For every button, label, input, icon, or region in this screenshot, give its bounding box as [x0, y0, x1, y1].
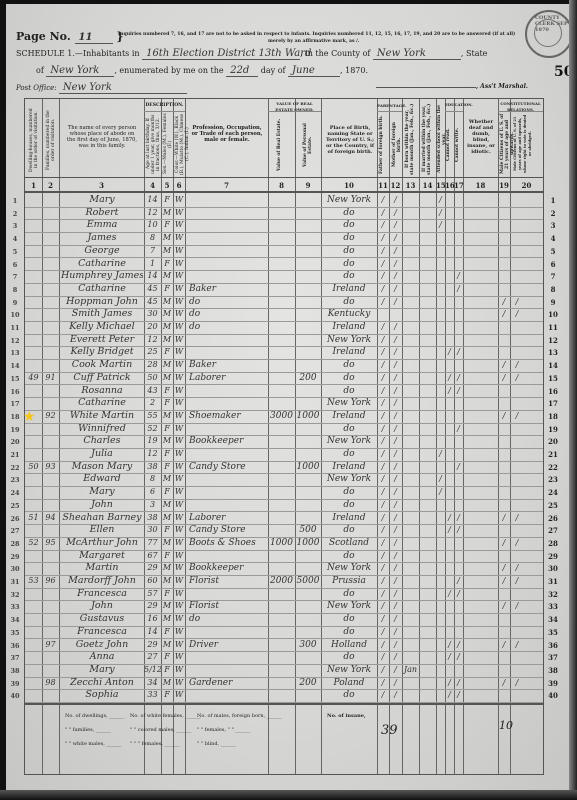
occupation: Boots & Shoes	[189, 537, 267, 550]
real-estate-value	[268, 664, 295, 677]
family-number	[42, 588, 59, 601]
personal-estate-value	[295, 486, 321, 499]
age: 29	[144, 639, 161, 652]
mother-foreign: /	[389, 219, 402, 232]
vote-denied	[510, 207, 524, 220]
occupation: Laborer	[189, 512, 267, 525]
cannot-write: /	[454, 461, 463, 474]
real-estate-value	[268, 588, 295, 601]
family-number	[42, 232, 59, 245]
cannot-read	[445, 461, 454, 474]
cannot-write: /	[454, 385, 463, 398]
birthplace: do	[323, 524, 375, 537]
mother-foreign: /	[389, 207, 402, 220]
attended-school: /	[436, 473, 445, 486]
table-row: 88Catharine45FWBakerIreland///	[25, 283, 543, 296]
father-foreign: /	[377, 232, 389, 245]
tally-col19: 10	[499, 719, 513, 732]
mother-foreign: /	[389, 245, 402, 258]
cannot-write	[454, 308, 463, 321]
of-label: of	[36, 66, 44, 75]
person-name: Hoppman John	[61, 296, 143, 309]
family-number	[42, 385, 59, 398]
vote-denied: /	[510, 575, 524, 588]
cannot-write	[454, 562, 463, 575]
real-estate-value	[268, 334, 295, 347]
occupation: Candy Store	[189, 524, 267, 537]
mother-foreign	[389, 308, 402, 321]
family-number	[42, 524, 59, 537]
attended-school	[436, 613, 445, 626]
occupation	[189, 270, 267, 283]
mother-foreign: /	[389, 258, 402, 271]
table-row: 2929Margaret67FWdo//	[25, 550, 543, 563]
father-foreign: /	[377, 219, 389, 232]
vote-denied: /	[510, 512, 524, 525]
attended-school	[436, 588, 445, 601]
born-within-year	[402, 512, 419, 525]
born-within-year	[402, 562, 419, 575]
family-number	[42, 308, 59, 321]
county-clerk-stamp: COUNTY CLERK SEP 1870	[525, 10, 573, 58]
male-citizen	[498, 194, 510, 207]
occupation	[189, 258, 267, 271]
col-num-14: 14	[419, 181, 436, 190]
vote-denied	[510, 194, 524, 207]
male-citizen	[498, 689, 510, 702]
cannot-read	[445, 283, 454, 296]
cannot-write	[454, 397, 463, 410]
person-name: Ellen	[61, 524, 143, 537]
attended-school	[436, 600, 445, 613]
male-citizen: /	[498, 359, 510, 372]
sex: F	[161, 194, 173, 207]
age: 1	[144, 258, 161, 271]
vote-denied	[510, 689, 524, 702]
age: 30	[144, 308, 161, 321]
birthplace: Ireland	[323, 283, 375, 296]
table-row: 363697Goetz John29MWDriver300Holland////…	[25, 639, 543, 652]
occupation	[189, 689, 267, 702]
dwelling-number	[25, 473, 42, 486]
occupation: Baker	[189, 283, 267, 296]
color: W	[173, 448, 185, 461]
page-no-value: 11	[75, 32, 113, 44]
birthplace: Ireland	[323, 461, 375, 474]
born-within-year	[402, 258, 419, 271]
personal-estate-value	[295, 423, 321, 436]
table-row: 11Mary14FWNew York///	[25, 194, 543, 207]
born-within-year	[402, 423, 419, 436]
person-name: Mary	[61, 486, 143, 499]
personal-estate-value: 1000	[295, 537, 321, 550]
age: 67	[144, 550, 161, 563]
personal-estate-value	[295, 448, 321, 461]
father-foreign: /	[377, 448, 389, 461]
male-citizen	[498, 346, 510, 359]
sex: M	[161, 499, 173, 512]
male-citizen	[498, 499, 510, 512]
real-estate-value	[268, 486, 295, 499]
col-num-8: 8	[268, 181, 295, 190]
person-name: Charles	[61, 435, 143, 448]
cannot-write: /	[454, 639, 463, 652]
birthplace: New York	[323, 562, 375, 575]
real-estate-value	[268, 626, 295, 639]
occupation	[189, 626, 267, 639]
sex: F	[161, 588, 173, 601]
family-number	[42, 270, 59, 283]
vote-denied: /	[510, 677, 524, 690]
male-citizen: /	[498, 639, 510, 652]
occupation: Bookkeeper	[189, 562, 267, 575]
dwelling-number	[25, 219, 42, 232]
birthplace: New York	[323, 435, 375, 448]
dwelling-number	[25, 664, 42, 677]
mother-foreign: /	[389, 232, 402, 245]
occupation	[189, 397, 267, 410]
real-estate-value	[268, 219, 295, 232]
family-number	[42, 600, 59, 613]
family-number	[42, 283, 59, 296]
cannot-write	[454, 359, 463, 372]
mother-foreign: /	[389, 524, 402, 537]
color: W	[173, 664, 185, 677]
male-citizen	[498, 270, 510, 283]
mother-foreign: /	[389, 423, 402, 436]
color: W	[173, 232, 185, 245]
personal-estate-value: 5000	[295, 575, 321, 588]
occupation	[189, 499, 267, 512]
color: W	[173, 245, 185, 258]
district-value: 16th Election District 13th Ward	[142, 48, 300, 60]
mother-foreign: /	[389, 499, 402, 512]
mother-foreign: /	[389, 321, 402, 334]
age: 38	[144, 512, 161, 525]
col2-header: Families, numbered in the order of visit…	[46, 107, 56, 173]
person-name: Mardorff John	[61, 575, 143, 588]
cannot-read	[445, 308, 454, 321]
state-label: , State	[461, 49, 488, 58]
occupation: Shoemaker	[189, 410, 267, 423]
attended-school	[436, 321, 445, 334]
attended-school	[436, 677, 445, 690]
sex: M	[161, 359, 173, 372]
person-name: Francesca	[61, 626, 143, 639]
occupation	[189, 232, 267, 245]
person-name: Winnifred	[61, 423, 143, 436]
cannot-write	[454, 194, 463, 207]
personal-estate-value	[295, 308, 321, 321]
person-name: Catharine	[61, 397, 143, 410]
attended-school	[436, 664, 445, 677]
cannot-write: /	[454, 346, 463, 359]
personal-estate-value	[295, 334, 321, 347]
color: W	[173, 207, 185, 220]
sex: M	[161, 296, 173, 309]
person-name: Mason Mary	[61, 461, 143, 474]
cannot-write	[454, 410, 463, 423]
color: W	[173, 397, 185, 410]
occupation	[189, 245, 267, 258]
mother-foreign: /	[389, 334, 402, 347]
family-number	[42, 626, 59, 639]
male-citizen	[498, 486, 510, 499]
personal-estate-value: 300	[295, 639, 321, 652]
born-within-year	[402, 600, 419, 613]
occupation	[189, 423, 267, 436]
cannot-write	[454, 296, 463, 309]
dwelling-number: 53	[25, 575, 42, 588]
personal-estate-value	[295, 550, 321, 563]
family-number	[42, 613, 59, 626]
dwelling-number	[25, 270, 42, 283]
father-foreign: /	[377, 423, 389, 436]
father-foreign: /	[377, 461, 389, 474]
birthplace: Ireland	[323, 346, 375, 359]
birthplace: do	[323, 588, 375, 601]
real-estate-value	[268, 435, 295, 448]
real-estate-value	[268, 499, 295, 512]
born-within-year	[402, 550, 419, 563]
vote-denied	[510, 473, 524, 486]
family-number	[42, 651, 59, 664]
cannot-read	[445, 473, 454, 486]
cannot-write	[454, 435, 463, 448]
color: W	[173, 588, 185, 601]
attended-school	[436, 359, 445, 372]
color: W	[173, 410, 185, 423]
table-row: 3737Anna27FWdo////	[25, 651, 543, 664]
father-foreign: /	[377, 435, 389, 448]
mother-foreign: /	[389, 410, 402, 423]
real-estate-value	[268, 461, 295, 474]
cannot-read	[445, 600, 454, 613]
attended-school	[436, 372, 445, 385]
birthplace: do	[323, 499, 375, 512]
col-num-1: 1	[25, 181, 42, 190]
born-within-year	[402, 245, 419, 258]
male-citizen: /	[498, 575, 510, 588]
father-foreign: /	[377, 550, 389, 563]
cannot-write	[454, 219, 463, 232]
birthplace: Scotland	[323, 537, 375, 550]
birthplace: Prussia	[323, 575, 375, 588]
personal-estate-value: 200	[295, 372, 321, 385]
education-header: EDUCATION.	[445, 102, 463, 108]
attended-school	[436, 537, 445, 550]
sex: F	[161, 385, 173, 398]
footer-insane: No. of insane,	[327, 713, 366, 719]
personal-estate-value	[295, 651, 321, 664]
cannot-read	[445, 245, 454, 258]
age: 52	[144, 423, 161, 436]
born-within-year	[402, 194, 419, 207]
father-foreign: /	[377, 194, 389, 207]
mother-foreign: /	[389, 562, 402, 575]
person-name: John	[61, 600, 143, 613]
real-estate-value	[268, 270, 295, 283]
cannot-read	[445, 486, 454, 499]
male-citizen: /	[498, 537, 510, 550]
person-name: Mary	[61, 194, 143, 207]
age: 16	[144, 613, 161, 626]
male-citizen: /	[498, 308, 510, 321]
real-estate-value	[268, 448, 295, 461]
vote-denied: /	[510, 296, 524, 309]
dwelling-number	[25, 334, 42, 347]
birthplace: do	[323, 207, 375, 220]
dwelling-number: 50	[25, 461, 42, 474]
table-row: 2525John3MWdo//	[25, 499, 543, 512]
born-within-year	[402, 410, 419, 423]
sex: F	[161, 219, 173, 232]
age: 8	[144, 473, 161, 486]
age: 30	[144, 524, 161, 537]
person-name: Cook Martin	[61, 359, 143, 372]
dwelling-number	[25, 194, 42, 207]
father-foreign: /	[377, 537, 389, 550]
occupation	[189, 385, 267, 398]
father-foreign: /	[377, 245, 389, 258]
real-estate-value	[268, 677, 295, 690]
cannot-write: /	[454, 283, 463, 296]
attended-school	[436, 550, 445, 563]
person-name: Cuff Patrick	[61, 372, 143, 385]
birthplace: do	[323, 689, 375, 702]
family-number	[42, 473, 59, 486]
family-number: 93	[42, 461, 59, 474]
person-name: Gustavus	[61, 613, 143, 626]
person-name: Julia	[61, 448, 143, 461]
personal-estate-value	[295, 245, 321, 258]
sex: F	[161, 258, 173, 271]
cannot-write	[454, 550, 463, 563]
cannot-read	[445, 448, 454, 461]
col11-header: Father of foreign birth.	[379, 115, 388, 175]
color: W	[173, 194, 185, 207]
person-name: Robert	[61, 207, 143, 220]
occupation: Bookkeeper	[189, 435, 267, 448]
table-row: 15154991Cuff Patrick50MWLaborer200do////…	[25, 372, 543, 385]
dwelling-number	[25, 499, 42, 512]
month-value: June	[288, 65, 340, 77]
person-name: Edward	[61, 473, 143, 486]
family-number: 92	[42, 410, 59, 423]
birthplace: do	[323, 296, 375, 309]
real-estate-value	[268, 600, 295, 613]
color: W	[173, 346, 185, 359]
sex: M	[161, 575, 173, 588]
age: 8	[144, 232, 161, 245]
mother-foreign: /	[389, 448, 402, 461]
vote-denied	[510, 245, 524, 258]
born-within-year	[402, 397, 419, 410]
cannot-read	[445, 258, 454, 271]
cannot-read: /	[445, 689, 454, 702]
family-number	[42, 245, 59, 258]
dwelling-number	[25, 207, 42, 220]
born-within-year	[402, 321, 419, 334]
cannot-write: /	[454, 588, 463, 601]
cannot-read	[445, 499, 454, 512]
sex: M	[161, 308, 173, 321]
footer-colored-males: " " colored males, ______	[130, 727, 191, 733]
col19-header: Male Citizens of U. S. of 21 years of ag…	[500, 113, 509, 175]
color: W	[173, 486, 185, 499]
col9-header: Value of Personal Estate.	[303, 115, 312, 175]
footer-white-males: " " white males, ______	[65, 741, 121, 747]
age: 57	[144, 588, 161, 601]
real-estate-value	[268, 258, 295, 271]
cannot-write: /	[454, 372, 463, 385]
col-num-6: 6	[173, 181, 185, 190]
father-foreign: /	[377, 613, 389, 626]
sex: M	[161, 600, 173, 613]
col17-header: Cannot write.	[455, 115, 463, 175]
male-citizen	[498, 258, 510, 271]
enumerated-label: , enumerated by me on the	[114, 66, 223, 75]
cannot-write	[454, 334, 463, 347]
cannot-write	[454, 321, 463, 334]
page-no-label: Page No.	[16, 30, 71, 43]
dwelling-number	[25, 346, 42, 359]
born-within-year	[402, 639, 419, 652]
color: W	[173, 321, 185, 334]
person-name: Anna	[61, 651, 143, 664]
age: 12	[144, 448, 161, 461]
dwelling-number	[25, 232, 42, 245]
birthplace: do	[323, 372, 375, 385]
occupation: Baker	[189, 359, 267, 372]
birthplace: New York	[323, 473, 375, 486]
constitutional-header: CONSTITUTIONAL RELATIONS.	[498, 101, 543, 113]
personal-estate-value	[295, 232, 321, 245]
tally-col11: 39	[381, 723, 398, 738]
father-foreign: /	[377, 334, 389, 347]
real-estate-value	[268, 423, 295, 436]
personal-estate-value	[295, 321, 321, 334]
sex: M	[161, 372, 173, 385]
male-citizen: /	[498, 410, 510, 423]
vote-denied	[510, 423, 524, 436]
sex: F	[161, 346, 173, 359]
mother-foreign: /	[389, 626, 402, 639]
table-row: 3535Francesca14FWdo//	[25, 626, 543, 639]
col-num-5: 5	[161, 181, 173, 190]
male-citizen	[498, 588, 510, 601]
family-number	[42, 346, 59, 359]
sex: M	[161, 562, 173, 575]
birthplace: do	[323, 359, 375, 372]
cannot-read	[445, 334, 454, 347]
father-foreign: /	[377, 639, 389, 652]
person-name: McArthur John	[61, 537, 143, 550]
attended-school	[436, 410, 445, 423]
attended-school	[436, 283, 445, 296]
born-within-year	[402, 385, 419, 398]
marshal-label: , Ass't Marshal.	[476, 83, 528, 90]
sex: F	[161, 283, 173, 296]
col-num-15: 15	[436, 181, 445, 190]
person-name: Margaret	[61, 550, 143, 563]
mother-foreign: /	[389, 588, 402, 601]
person-name: Humphrey James	[61, 270, 143, 283]
sex: F	[161, 626, 173, 639]
attended-school	[436, 562, 445, 575]
cannot-write: /	[454, 524, 463, 537]
footer-families: " " families, ______	[65, 727, 111, 733]
